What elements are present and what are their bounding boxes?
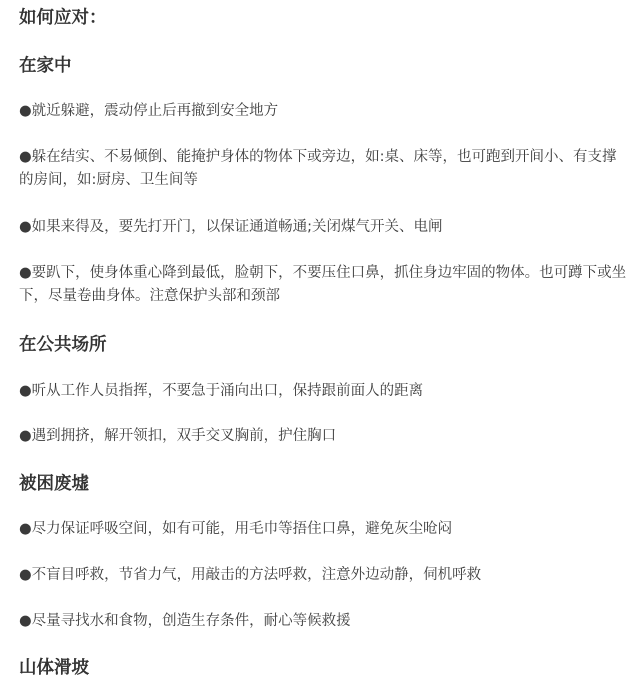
list-item: ●听从工作人员指挥，不要急于涌向出口，保持跟前面人的距离 [19, 380, 629, 403]
list-item: ●尽力保证呼吸空间，如有可能，用毛巾等捂住口鼻，避免灰尘呛闷 [19, 518, 629, 541]
page-title: 如何应对： [19, 6, 107, 30]
list-item: ●遇到拥挤，解开领扣，双手交叉胸前，护住胸口 [19, 425, 629, 448]
list-item: ●不盲目呼救，节省力气，用敲击的方法呼救，注意外边动静，伺机呼救 [19, 564, 629, 587]
section-heading-home: 在家中 [19, 54, 72, 78]
list-item: ●躲在结实、不易倾倒、能掩护身体的物体下或旁边，如:桌、床等，也可跑到开间小、有… [19, 146, 629, 192]
list-item: ●要趴下，使身体重心降到最低，脸朝下，不要压住口鼻，抓住身边牢固的物体。也可蹲下… [19, 262, 629, 308]
section-heading-trapped: 被困废墟 [19, 472, 89, 496]
section-heading-public: 在公共场所 [19, 333, 107, 357]
list-item: ●尽量寻找水和食物，创造生存条件，耐心等候救援 [19, 610, 629, 633]
list-item: ●如果来得及，要先打开门，以保证通道畅通;关闭煤气开关、电闸 [19, 216, 629, 239]
section-heading-landslide: 山体滑坡 [19, 656, 89, 680]
list-item: ●就近躲避，震动停止后再撤到安全地方 [19, 100, 629, 123]
